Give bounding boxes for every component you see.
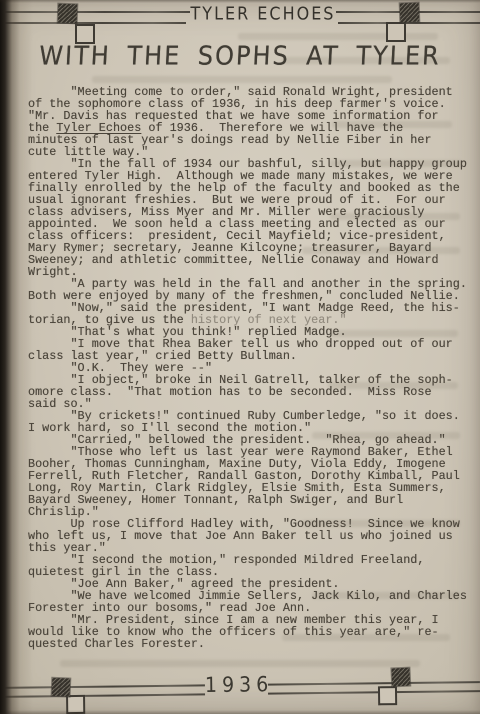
page-title: WITH THE SOPHS AT TYLER [0, 41, 480, 71]
header-rule-bottom-right [338, 22, 480, 24]
scanned-page: TYLER ECHOES WITH THE SOPHS AT TYLER "Me… [0, 0, 480, 714]
header-rule-top-left [0, 11, 190, 13]
footer-ornament-square-left-icon [52, 678, 71, 697]
scan-edge-top [0, 0, 480, 3]
header-ornament-outline-square-right-icon [386, 22, 406, 42]
bleed-through-smudge [238, 33, 438, 40]
footer-rule-bottom-left [0, 693, 205, 698]
text-line: omore class. "That motion has to be seco… [28, 386, 476, 398]
header-ornament-square-right-icon [400, 3, 420, 23]
footer-ornament-outline-square-right-icon [378, 686, 397, 705]
footer-ornament-square-right-icon [391, 668, 410, 687]
header-ornament-square-left-icon [58, 4, 78, 24]
masthead-title: TYLER ECHOES [188, 3, 338, 24]
text-line: quested Charles Forester. [28, 638, 476, 650]
text-line: Sweeney; and athletic committee, Nellie … [28, 254, 476, 266]
footer: 1936 [0, 665, 480, 714]
scan-edge-bottom [0, 710, 480, 714]
footer-rule-top-left [0, 684, 205, 689]
article-body: "Meeting come to order," said Ronald Wri… [28, 86, 476, 650]
footer-year: 1936 [205, 673, 268, 698]
bleed-through-smudge [92, 76, 392, 83]
footer-rule-bottom-right [268, 690, 480, 695]
footer-rule-top-right [268, 681, 480, 686]
